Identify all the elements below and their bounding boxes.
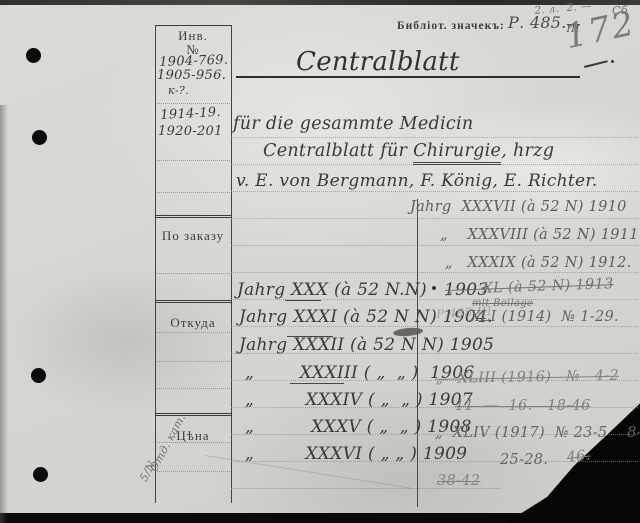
entry-line: „ XXXVIII (à 52 N) 1911. (440, 228, 640, 244)
inventory-number: 1905-956. (157, 69, 226, 83)
entry-line: Jahrg XXXVII (à 52 N) 1910 (410, 200, 627, 216)
rule-line (231, 191, 638, 192)
inventory-number: к-?. (168, 85, 189, 97)
entry-line: „ XLIV (1917) № 23-5 8-11 (435, 426, 640, 442)
inventory-number: 1920-201 (158, 125, 223, 139)
rule-line (157, 388, 230, 389)
title-underline (236, 76, 580, 78)
rule-line (231, 245, 638, 246)
subtitle-pre: Centralblatt für (263, 141, 413, 161)
subtitle-journal-name: Chirurgie (413, 141, 501, 165)
entry-line-struck: „ XL (à 52 N) 1913 (445, 277, 614, 299)
pen-flourish (584, 60, 608, 67)
subtitle-post: , hrzg (501, 141, 554, 161)
subtitle-line: Centralblatt für Chirurgie, hrzg (263, 142, 554, 161)
entry-line: 25-28. (500, 453, 548, 469)
rule-line (157, 471, 230, 472)
entry-line-struck: 11 — 16. 18-46 (455, 399, 590, 415)
rule-line (157, 103, 230, 104)
entry-line: „ XXXVI ( „ „ ) 1909 (245, 445, 467, 464)
rule-line (155, 215, 232, 218)
entry-line: Jahrg XXXII (à 52 N N) 1905 (239, 336, 494, 355)
rule-line (155, 25, 232, 26)
entry-line-struck: 38-42 (437, 474, 480, 490)
subtitle-line: v. E. von Bergmann, F. König, E. Richter… (236, 172, 598, 191)
entry-line: „ XXXIV ( „ „ ) 1907 (245, 391, 473, 410)
scan-edge-left (0, 105, 8, 523)
ledger-label-po-zakazu: По заказу (156, 228, 230, 244)
overline-mark (287, 336, 333, 337)
ink-dot (611, 60, 614, 63)
ink-dot (432, 286, 436, 290)
entry-line: XLI (1914) № 1-29. (470, 310, 619, 326)
rule-line (155, 413, 232, 416)
rule-line (231, 218, 638, 219)
library-stamp-label: Библіот. значекъ: (397, 20, 505, 32)
rule-line (157, 160, 230, 161)
rule-line (157, 273, 230, 274)
punch-hole (31, 368, 46, 383)
rule-line (157, 332, 230, 333)
entry-line-struck: „ XLIII (1916) № 4-2 (435, 369, 619, 388)
punch-hole (33, 467, 48, 482)
rule-line (231, 272, 638, 273)
rule-line (155, 300, 232, 303)
catalog-card-scan: Библіот. значекъ: Р. 485.III 2. л. 2. — … (0, 0, 640, 523)
journal-title: Centralblatt (296, 48, 460, 77)
entry-line: „ XXXIX (à 52 N) 1912. (445, 256, 632, 272)
rule-line (231, 137, 638, 138)
subtitle-line: für die gesammte Medicin (233, 115, 473, 134)
rule-line (157, 192, 230, 193)
rule-line (157, 361, 230, 362)
punch-hole (32, 130, 47, 145)
underline-mark (290, 383, 344, 384)
punch-hole (26, 48, 41, 63)
underline-mark (285, 300, 321, 301)
ledger-label-otkuda: Откуда (156, 315, 230, 331)
entry-crossed-number: 46. (566, 448, 592, 466)
